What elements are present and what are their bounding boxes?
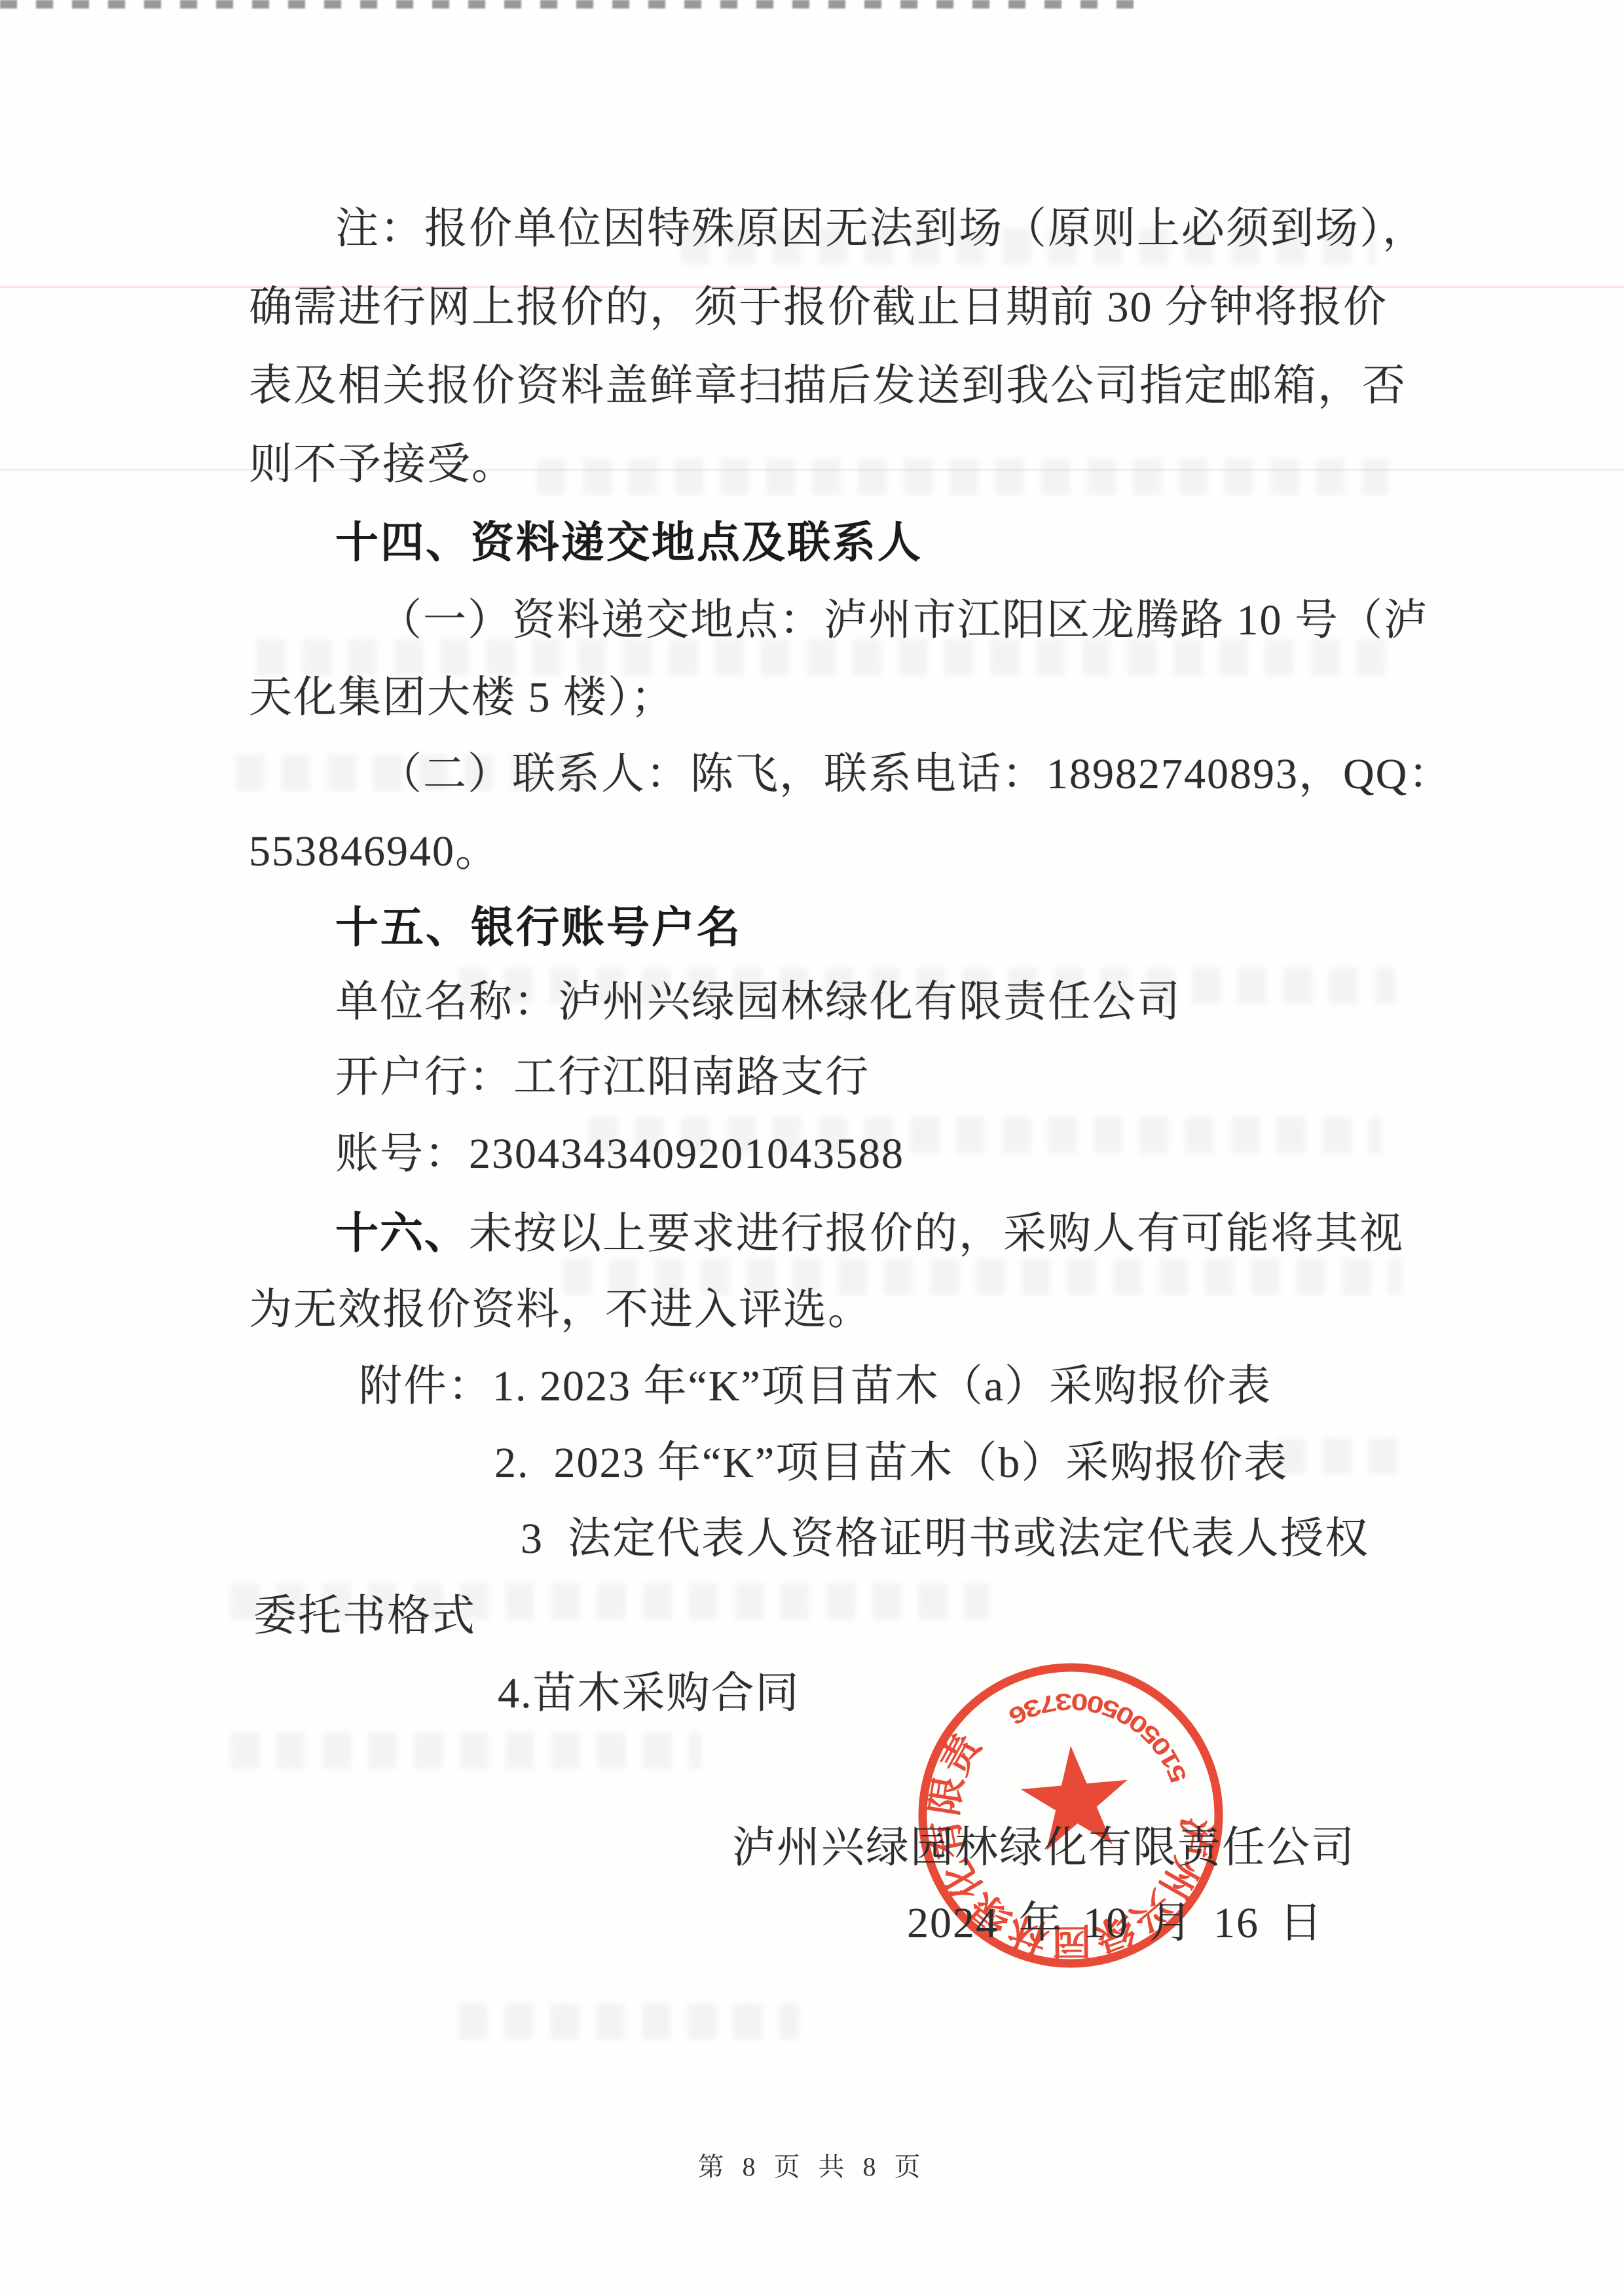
- section-14-line-4: 553846940。: [249, 830, 500, 873]
- signature-company-name: 泸州兴绿园林绿化有限责任公司: [732, 1827, 1356, 1870]
- bleedthrough-artifact: [257, 639, 1403, 676]
- note-line-1: 注：报价单位因特殊原因无法到场（原则上必须到场），: [335, 208, 1427, 251]
- section-14-line-3: （二）联系人：陈飞，联系电话：18982740893，QQ：: [378, 753, 1452, 796]
- section-16-line-2: 为无效报价资料，不进入评选。: [249, 1288, 872, 1332]
- section-15-heading: 十五、银行账号户名: [335, 905, 742, 949]
- section-14-line-1: （一）资料递交地点：泸州市江阳区龙腾路 10 号（泸: [378, 599, 1428, 642]
- svg-text:5105005003736: 5105005003736: [997, 1662, 1209, 1794]
- attachment-line-2: 2. 2023 年“K”项目苗木（b）采购报价表: [494, 1442, 1288, 1485]
- section-15-line-2: 开户行：工行江阳南路支行: [335, 1056, 870, 1099]
- note-line-4: 则不予接受。: [249, 443, 516, 486]
- attachment-line-3-continuation: 委托书格式: [253, 1595, 476, 1638]
- attachment-line-1: 附件：1. 2023 年“K”项目苗木（a）采购报价表: [359, 1365, 1272, 1408]
- section-14-line-2: 天化集团大楼 5 楼）；: [249, 676, 675, 720]
- section-16-heading-line: 十六、未按以上要求进行报价的，采购人有可能将其视: [335, 1211, 1404, 1256]
- scan-edge-artifact: [0, 0, 1139, 9]
- attachment-line-4: 4.苗木采购合同: [498, 1672, 800, 1715]
- bleedthrough-artifact: [1277, 1438, 1401, 1474]
- signature-date: 2024 年 10 月 16 日: [907, 1902, 1324, 1945]
- section-16-text: 未按以上要求进行报价的，采购人有可能将其视: [469, 1210, 1404, 1258]
- seal-code-text: 5105005003736: [997, 1662, 1209, 1794]
- section-15-line-3: 账号：2304343409201043588: [335, 1133, 904, 1176]
- note-line-3: 表及相关报价资料盖鲜章扫描后发送到我公司指定邮箱，否: [249, 365, 1407, 408]
- section-16-number: 十六、: [335, 1209, 469, 1257]
- section-14-heading: 十四、资料递交地点及联系人: [335, 520, 923, 564]
- bleedthrough-artifact: [231, 1732, 702, 1769]
- scanned-document-page: 注：报价单位因特殊原因无法到场（原则上必须到场）， 确需进行网上报价的，须于报价…: [0, 0, 1624, 2296]
- note-line-2: 确需进行网上报价的，须于报价截止日期前 30 分钟将报价: [249, 286, 1388, 329]
- bleedthrough-artifact: [537, 458, 1388, 495]
- bleedthrough-artifact: [458, 2003, 799, 2040]
- section-15-line-1: 单位名称：泸州兴绿园林绿化有限责任公司: [335, 981, 1181, 1024]
- page-number-footer: 第 8 页 共 8 页: [0, 2146, 1624, 2183]
- attachment-line-3: 3 法定代表人资格证明书或法定代表人授权: [521, 1518, 1369, 1561]
